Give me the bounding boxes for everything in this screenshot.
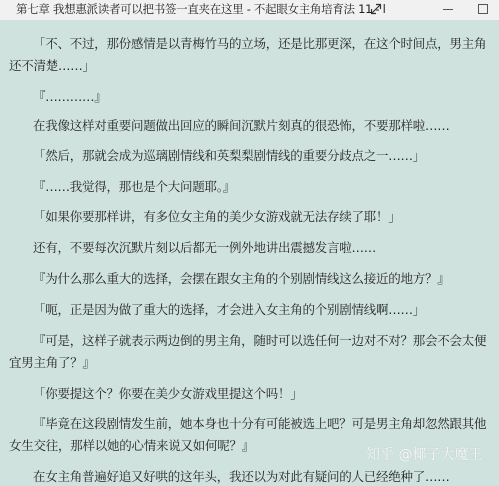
paragraph: 『……我觉得，那也是个大问题耶。』 (9, 176, 489, 198)
paragraph: 「你要提这个？你要在美少女游戏里提这个吗！」 (9, 383, 489, 405)
paragraph: 『可是，这样子就表示两边倒的男主角，随时可以选任何一边对不对？那会不会太便宜男主… (9, 330, 489, 374)
minimize-icon[interactable] (440, 1, 456, 17)
paragraph: 在我像这样对重要问题做出回应的瞬间沉默片刻真的很恐怖，不要那样啦…… (9, 115, 489, 137)
paragraph: 『…………』 (9, 86, 489, 108)
maximize-icon[interactable] (475, 1, 491, 17)
paragraph: 「然后，那就会成为巡璃剧情线和英梨梨剧情线的重要分歧点之一……」 (9, 145, 489, 167)
paragraph: 「如果你要那样讲，有多位女主角的美少女游戏就无法存续了耶！」 (9, 206, 489, 228)
reading-pane[interactable]: 「不、不过，那份感情是以青梅竹马的立场，还是比那更深，在这个时间点，男主角还不清… (0, 20, 499, 486)
paragraph: 「不、不过，那份感情是以青梅竹马的立场，还是比那更深，在这个时间点，男主角还不清… (9, 33, 489, 77)
window-title: 第七章 我想惠派读者可以把书签一直夹在这里 - 不起眼女主角培育法 11 - l (16, 2, 386, 17)
paragraph: 在女主角普遍好追又好哄的这年头，我还以为对此有疑问的人已经绝种了…… (9, 466, 489, 486)
expand-arrows-icon[interactable] (368, 1, 384, 17)
title-bar[interactable]: 第七章 我想惠派读者可以把书签一直夹在这里 - 不起眼女主角培育法 11 - l (0, 0, 499, 20)
paragraph: 还有，不要每次沉默片刻以后都无一例外地讲出震撼发言啦…… (9, 237, 489, 259)
paragraph: 「呃，正是因为做了重大的选择，才会进入女主角的个别剧情线啊……」 (9, 299, 489, 321)
reader-window: 第七章 我想惠派读者可以把书签一直夹在这里 - 不起眼女主角培育法 11 - l… (0, 0, 499, 486)
watermark: 知乎 @椰子大魔王 (366, 444, 482, 464)
paragraph: 『为什么那么重大的选择，会摆在跟女主角的个别剧情线这么接近的地方？』 (9, 268, 489, 290)
